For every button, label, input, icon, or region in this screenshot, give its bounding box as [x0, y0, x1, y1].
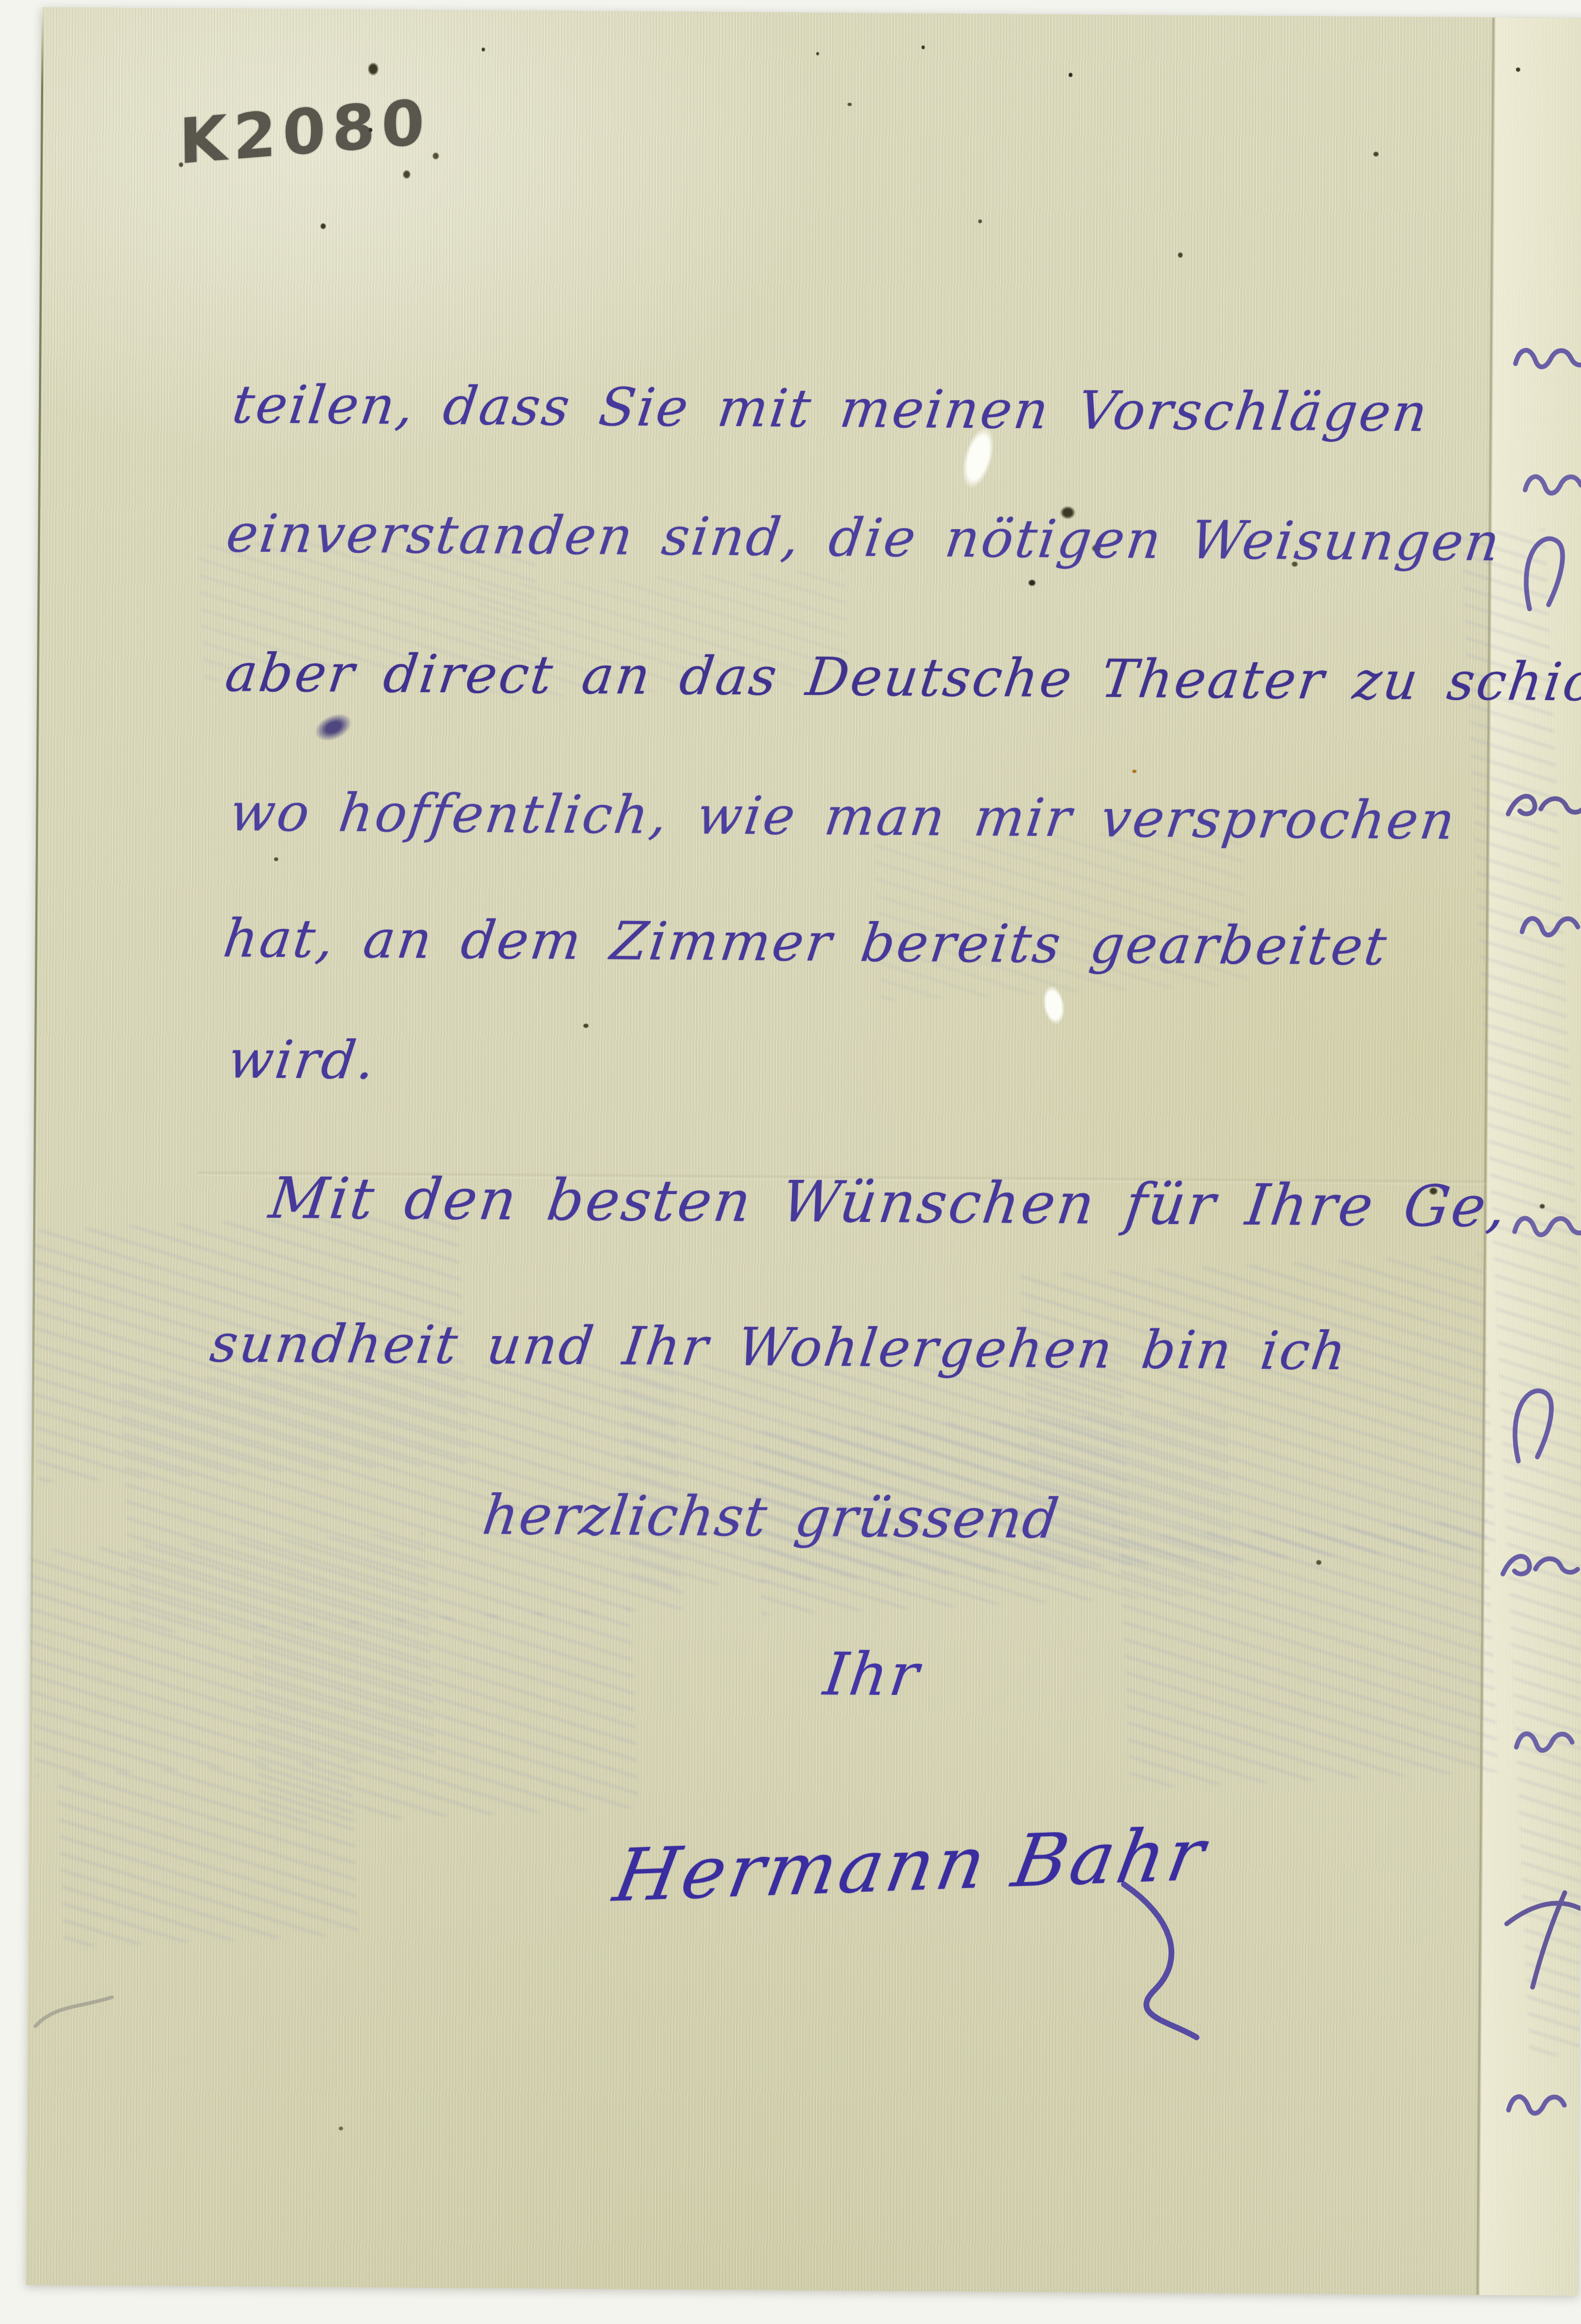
foxing-spot [320, 223, 326, 229]
margin-ink-fragment [1504, 787, 1581, 830]
margin-ink-fragment [1505, 1382, 1581, 1467]
handwritten-line: Ihr [820, 1640, 925, 1709]
foxing-spot [921, 45, 925, 49]
margin-ink-fragment [1512, 340, 1581, 378]
foxing-spot [978, 219, 982, 224]
pencil-stroke [33, 1993, 117, 2037]
foxing-spot [1373, 151, 1379, 157]
foxing-spot [338, 2126, 344, 2131]
foxing-spot [481, 47, 486, 52]
handwritten-line: wo hoffentlich, wie man mir versprochen [226, 781, 1460, 851]
foxing-spot [1177, 252, 1183, 258]
foxing-spot [402, 170, 411, 179]
paper-texture [26, 7, 1581, 2296]
handwritten-line: hat, an dem Zimmer bereits gearbeitet [220, 907, 1392, 977]
foxing-spot [1028, 579, 1036, 587]
margin-ink-fragment [1516, 530, 1581, 614]
foxing-spot [1515, 67, 1520, 72]
margin-ink-fragment [1512, 1208, 1581, 1246]
handwritten-line: Mit den besten Wünschen für Ihre Ge, [266, 1166, 1512, 1240]
handwritten-line: sundheit und Ihr Wohlergehen bin ich [207, 1312, 1352, 1382]
archive-number: K2080 [179, 85, 431, 178]
ink-smudge [310, 708, 356, 746]
scan-background: K2080 teilen, dass Sie mit meinen Vorsch… [0, 0, 1581, 2324]
foxing-spot [1316, 1560, 1322, 1565]
margin-ink-fragment [1513, 1724, 1581, 1761]
margin-ink-fragment [1498, 1548, 1581, 1590]
foxing-spot [367, 62, 379, 76]
handwritten-line: aber direct an das Deutsche Theater zu s… [222, 642, 1581, 714]
margin-ink-fragment [1522, 467, 1581, 504]
handwritten-line: herzlichst grüssend [479, 1483, 1063, 1551]
handwritten-line: wird. [225, 1028, 380, 1091]
margin-ink-fragment [1501, 1887, 1581, 1993]
margin-ink-fragment [1505, 2087, 1581, 2124]
letter-page: K2080 teilen, dass Sie mit meinen Vorsch… [26, 7, 1581, 2296]
bleedthrough-ghost [56, 1761, 358, 1948]
foxing-spot [274, 857, 279, 862]
foxing-spot [432, 152, 439, 160]
handwritten-line: teilen, dass Sie mit meinen Vorschlägen [229, 373, 1433, 443]
signature-flourish [1107, 1879, 1234, 2056]
foxing-spot [816, 52, 820, 56]
foxing-spot [1068, 72, 1073, 77]
foxing-spot [1132, 769, 1137, 773]
foxing-spot [847, 102, 852, 106]
foxing-spot [583, 1023, 589, 1028]
margin-ink-fragment [1519, 908, 1581, 946]
handwritten-line: einverstanden sind, die nötigen Weisunge… [223, 502, 1505, 573]
